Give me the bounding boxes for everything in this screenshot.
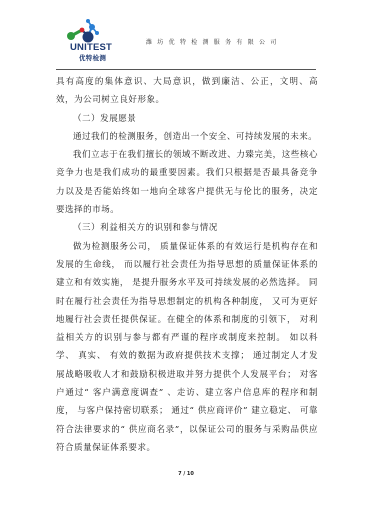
company-logo: UNITEST 优特检测 (62, 16, 112, 64)
section-heading-vision: （二）发展愿景 (56, 110, 318, 128)
logo-brand-en: UNITEST (70, 42, 112, 53)
molecule-logo-icon (62, 16, 112, 44)
page-number: 7 / 10 (0, 471, 372, 477)
paragraph-vision-statement: 通过我们的检测服务，创造出一个安全、可持续发展的未来。 (56, 128, 318, 146)
logo-brand-cn: 优特检测 (79, 53, 106, 62)
paragraph-continuation: 具有高度的集体意识、大局意识，做到廉洁、公正，文明、高效，为公司树立良好形象。 (56, 73, 318, 110)
section-heading-stakeholders: （三）利益相关方的识别和参与情况 (56, 219, 318, 237)
document-body: 具有高度的集体意识、大局意识，做到廉洁、公正，文明、高效，为公司树立良好形象。 … (56, 73, 318, 457)
page-header: UNITEST 优特检测 潍坊优特检测服务有限公司 (56, 14, 316, 69)
company-name: 潍坊优特检测服务有限公司 (146, 37, 282, 46)
paragraph-stakeholders: 做为检测服务公司， 质量保证体系的有效运行是机构存在和发展的生命线， 而以履行社… (56, 238, 318, 458)
header-divider (56, 69, 316, 70)
paragraph-core-competence: 我们立志于在我们擅长的领域不断改进、力臻完美，这些核心竞争力也是我们成功的最重要… (56, 146, 318, 219)
document-page: UNITEST 优特检测 潍坊优特检测服务有限公司 具有高度的集体意识、大局意识… (0, 0, 372, 527)
